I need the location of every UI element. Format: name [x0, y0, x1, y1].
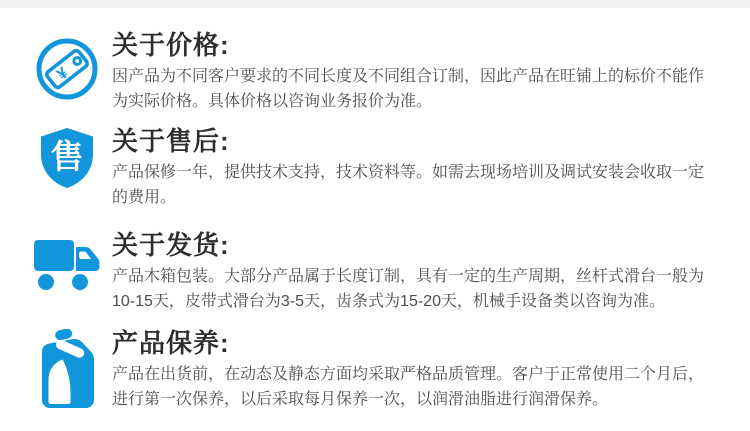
section-price-text: 关于价格: 因产品为不同客户要求的不同长度及不同组合订制，因此产品在旺铺上的标价…	[112, 28, 718, 114]
section-after-sales-title: 关于售后:	[112, 124, 718, 158]
section-after-sales: 售 关于售后: 产品保修一年，提供技术支持，技术资料等。如需去现场培训及调试安装…	[30, 124, 720, 210]
price-tag-icon: ¥	[30, 36, 104, 102]
section-maintenance: 产品保养: 产品在出货前，在动态及静态方面均采取严格品质管理。客户于正常使用二个…	[30, 326, 720, 412]
section-after-sales-body: 产品保修一年，提供技术支持，技术资料等。如需去现场培训及调试安装会收取一定的费用…	[112, 160, 718, 210]
section-price: ¥ 关于价格: 因产品为不同客户要求的不同长度及不同组合订制，因此产品在旺铺上的…	[30, 28, 720, 114]
product-info-panel: ¥ 关于价格: 因产品为不同客户要求的不同长度及不同组合订制，因此产品在旺铺上的…	[0, 8, 750, 412]
truck-icon	[30, 234, 104, 292]
shield-icon: 售	[30, 126, 104, 190]
section-shipping-title: 关于发货:	[112, 228, 718, 262]
section-maintenance-text: 产品保养: 产品在出货前，在动态及静态方面均采取严格品质管理。客户于正常使用二个…	[112, 326, 718, 412]
top-strip	[0, 0, 750, 8]
shou-glyph: 售	[51, 138, 84, 175]
section-shipping-text: 关于发货: 产品木箱包装。大部分产品属于长度订制，具有一定的生产周期，丝杆式滑台…	[112, 228, 718, 314]
section-price-body: 因产品为不同客户要求的不同长度及不同组合订制，因此产品在旺铺上的标价不能作为实际…	[112, 64, 718, 114]
section-maintenance-title: 产品保养:	[112, 326, 718, 360]
section-price-title: 关于价格:	[112, 28, 718, 62]
section-shipping-body: 产品木箱包装。大部分产品属于长度订制，具有一定的生产周期，丝杆式滑台一般为10-…	[112, 264, 718, 314]
section-maintenance-body: 产品在出货前，在动态及静态方面均采取严格品质管理。客户于正常使用二个月后，进行第…	[112, 362, 718, 412]
section-after-sales-text: 关于售后: 产品保修一年，提供技术支持，技术资料等。如需去现场培训及调试安装会收…	[112, 124, 718, 210]
oil-jug-icon	[30, 329, 104, 409]
section-shipping: 关于发货: 产品木箱包装。大部分产品属于长度订制，具有一定的生产周期，丝杆式滑台…	[30, 228, 720, 314]
